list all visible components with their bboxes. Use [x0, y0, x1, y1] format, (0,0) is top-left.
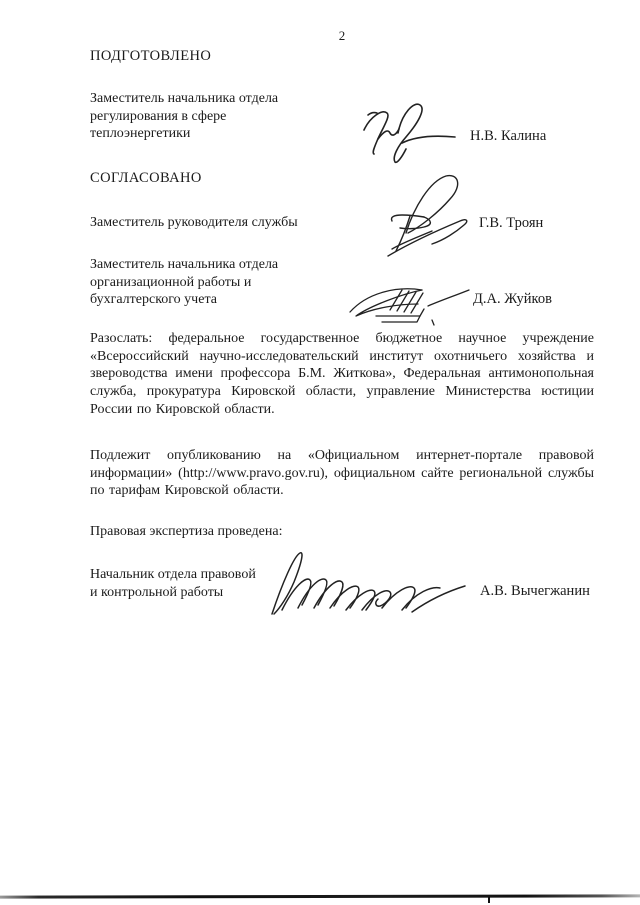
signatory-title-line: теплоэнергетики: [90, 125, 278, 143]
signatory-title-line: Заместитель начальника отдела: [90, 256, 278, 274]
signatory-title-line: Заместитель начальника отдела: [90, 90, 278, 108]
signatory-title: Заместитель руководителя службы: [90, 214, 298, 232]
signatory-title-line: Заместитель руководителя службы: [90, 214, 298, 232]
legal-review-line: Правовая экспертиза проведена:: [90, 524, 282, 540]
handwritten-signature-icon: [378, 173, 480, 259]
signatory-title-line: регулирования в сфере: [90, 108, 278, 126]
signatory-title: Начальник отдела правовой и контрольной …: [90, 566, 256, 601]
handwritten-signature-icon: [262, 550, 468, 618]
page-number: 2: [90, 28, 594, 44]
signatory-title-line: организационной работы и: [90, 274, 278, 292]
publication-paragraph: Подлежит опубликованию на «Официальном и…: [90, 447, 594, 500]
prepared-heading: ПОДГОТОВЛЕНО: [90, 48, 211, 65]
signatory-name: Г.В. Троян: [479, 215, 543, 232]
signatory-name: Н.В. Калина: [470, 128, 546, 145]
signatory-title: Заместитель начальника отдела организаци…: [90, 256, 278, 309]
signatory-title-line: и контрольной работы: [90, 584, 256, 602]
signatory-title: Заместитель начальника отдела регулирова…: [90, 90, 278, 143]
scan-edge-line: [0, 894, 640, 898]
signatory-name: А.В. Вычегжанин: [480, 583, 590, 600]
handwritten-signature-icon: [362, 99, 458, 169]
scan-edge-tick: [488, 897, 490, 903]
handwritten-signature-icon: [346, 278, 474, 328]
distribution-paragraph: Разослать: федеральное государственное б…: [90, 330, 594, 419]
document-page: 2 ПОДГОТОВЛЕНО Заместитель начальника от…: [0, 0, 640, 905]
signatory-title-line: бухгалтерского учета: [90, 291, 278, 309]
agreed-heading: СОГЛАСОВАНО: [90, 170, 202, 187]
signatory-name: Д.А. Жуйков: [473, 291, 552, 308]
signatory-title-line: Начальник отдела правовой: [90, 566, 256, 584]
